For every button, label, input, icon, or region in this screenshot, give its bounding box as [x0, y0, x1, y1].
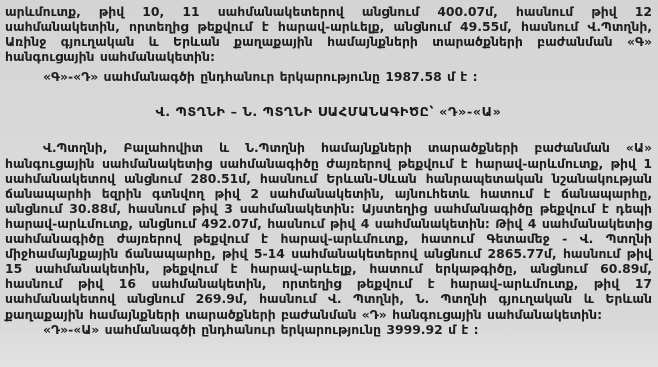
paragraph-continuation: արևմուտք, թիվ 10, 11 սահմանակետերով անցն… [5, 4, 652, 64]
scanned-document-page: արևմուտք, թիվ 10, 11 սահմանակետերով անցն… [0, 0, 658, 367]
boundary-length-line-gd: «Գ»-«Դ» սահմանագծի ընդհանուր երկարությու… [5, 69, 652, 84]
boundary-length-line-da: «Դ»-«Ա» սահմանագծի ընդհանուր երկարությու… [5, 322, 652, 337]
section-heading: Վ. ՊՏՂՆԻ – Ն. ՊՏՂՆԻ ՍԱՀՄԱՆԱԳԻԾԸ՝ «Դ»-«Ա» [5, 105, 652, 120]
boundary-description-paragraph: Վ.Պտղնի, Բալահովիտ և Ն.Պտղնի համայնքների… [5, 140, 652, 321]
